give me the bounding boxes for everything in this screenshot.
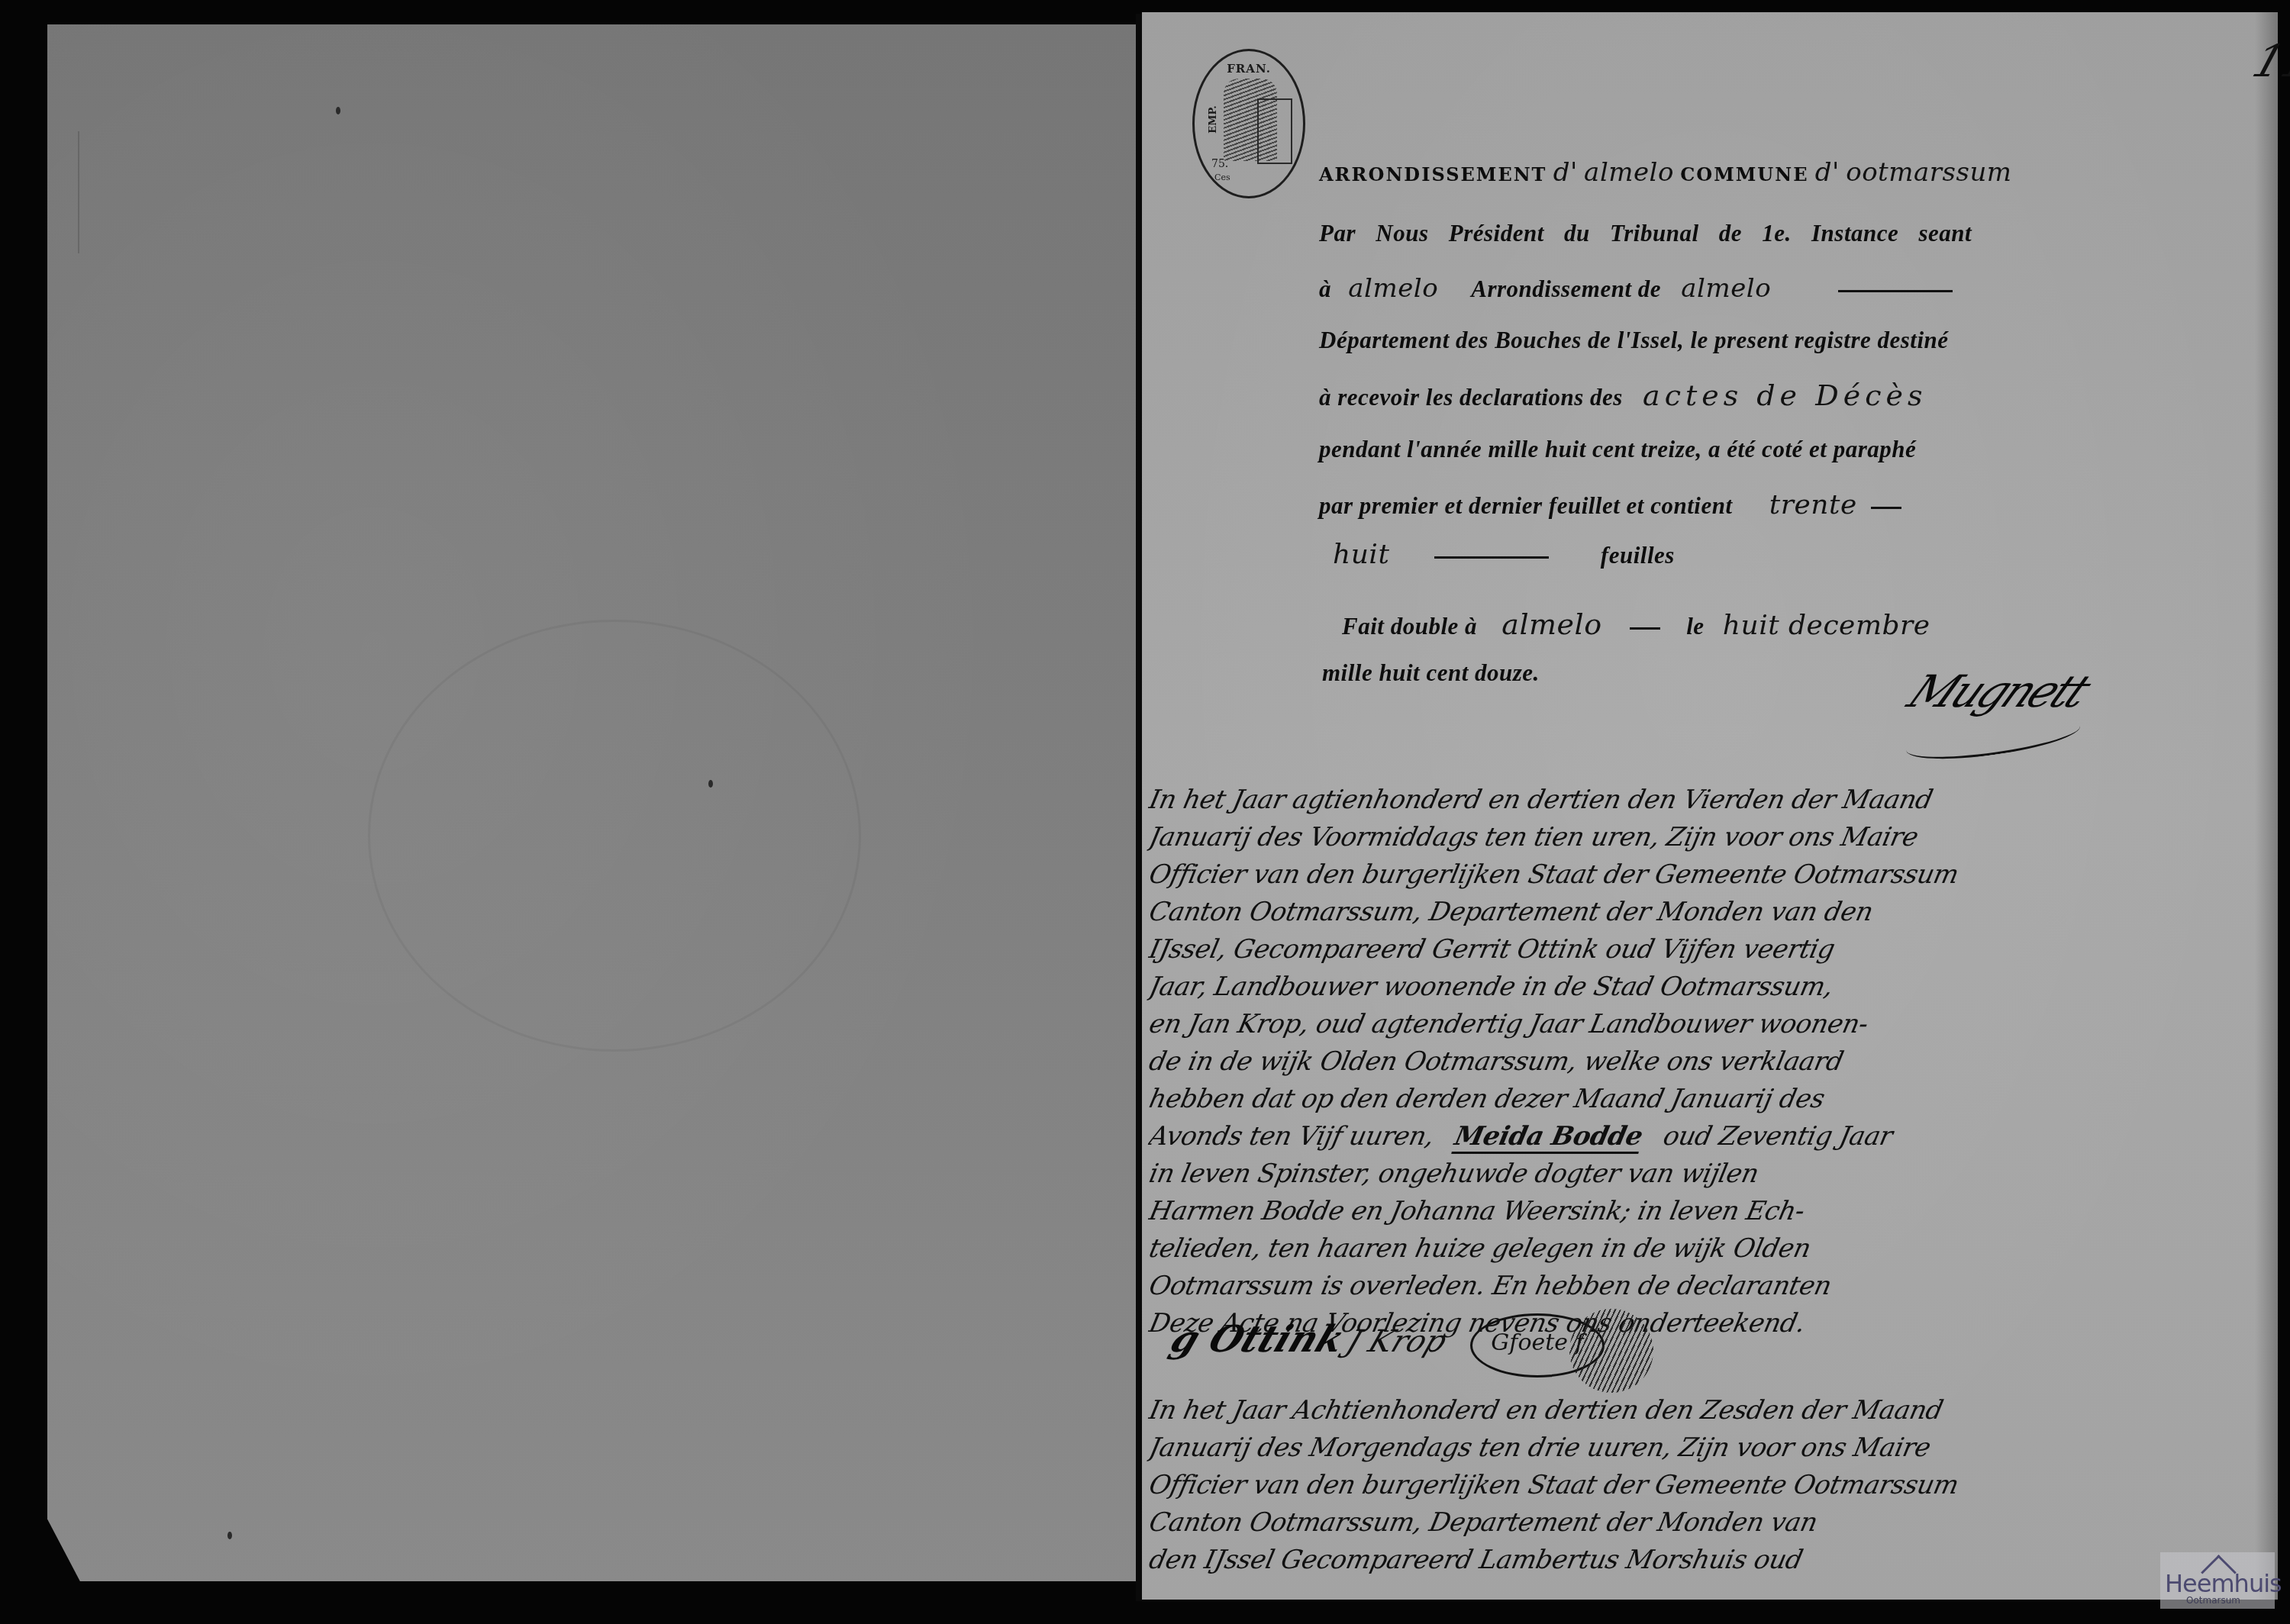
left-page-crease	[78, 131, 79, 253]
act-line: Jaar, Landbouwer woonende in de Stad Oot…	[1146, 968, 2253, 1006]
page-edge-shadow	[2255, 12, 2278, 1600]
watermark-place: Ootmarsum	[2186, 1595, 2240, 1606]
death-act-2: In het Jaar Achtienhonderd en dertien de…	[1150, 1392, 2249, 1579]
value-count-2: huit	[1333, 539, 1389, 570]
act-line: den IJssel Gecompareerd Lambertus Morshu…	[1146, 1542, 2253, 1579]
act-line: en Jan Krop, oud agtendertig Jaar Landbo…	[1146, 1006, 2253, 1043]
value-commune: ootmarssum	[1846, 157, 2011, 188]
act-line: Harmen Bodde en Johanna Weersink; in lev…	[1146, 1193, 2253, 1230]
form-line-president: Par Nous Président du Tribunal de 1e. In…	[1319, 220, 1972, 247]
act-line: hebben dat op den derden dezer Maand Jan…	[1146, 1081, 2253, 1118]
act-line: In het Jaar Achtienhonderd en dertien de…	[1146, 1392, 2253, 1429]
watermark-brand: Heemhuis	[2165, 1569, 2282, 1598]
signature-declarant-2: J Krop	[1342, 1324, 1452, 1359]
ink-speck	[336, 107, 340, 114]
left-page-bleedthrough-seal	[368, 620, 861, 1052]
fill-dash	[1871, 507, 1901, 509]
heemhuis-watermark: Heemhuis Ootmarsum	[2160, 1552, 2275, 1609]
label-arrondissement: ARRONDISSEMENT	[1319, 163, 1547, 185]
fill-dash	[1630, 627, 1660, 630]
label-le: le	[1686, 613, 1704, 640]
form-line-feuillet: par premier et dernier feuillet et conti…	[1319, 489, 1909, 520]
form-line-arrondissement: ARRONDISSEMENT d' almelo COMMUNE d' ootm…	[1319, 157, 2012, 188]
value-arrondissement: almelo	[1584, 157, 1674, 188]
signature-flourish	[1904, 710, 2082, 767]
act-line-deceased: Avonds ten Vijf uuren, Meida Bodde oud Z…	[1146, 1118, 2253, 1155]
act-1-signatures: g Ottink J Krop Gfoete f	[1172, 1313, 1859, 1382]
prep: d'	[1553, 157, 1578, 188]
fill-dash	[1434, 556, 1549, 559]
stamp-top-text: FRAN.	[1195, 62, 1303, 76]
book-gutter	[1136, 14, 1142, 1601]
form-line-annee: pendant l'année mille huit cent treize, …	[1319, 436, 1916, 463]
value-count-1: trente	[1769, 489, 1857, 520]
prep: d'	[1815, 157, 1840, 188]
act-line: IJssel, Gecompareerd Gerrit Ottink oud V…	[1146, 931, 2253, 968]
label-fait-double: Fait double à	[1342, 613, 1477, 640]
revenue-stamp-seal-icon: FRAN. EMP. 75. Ces	[1192, 49, 1305, 198]
act-line: Januarij des Morgendags ten drie uuren, …	[1146, 1429, 2253, 1467]
label-feuilles: feuilles	[1601, 542, 1675, 569]
value-seat: almelo	[1348, 273, 1438, 304]
left-page-blank	[47, 24, 1137, 1581]
death-act-1: In het Jaar agtienhonderd en dertien den…	[1150, 781, 2249, 1342]
deceased-age: oud Zeventig Jaar	[1660, 1121, 1895, 1152]
fill-dash	[1838, 290, 1953, 292]
stamp-side-text: EMP.	[1208, 105, 1219, 133]
president-signature: Mugnett	[1899, 665, 2098, 717]
act-line: in leven Spinster, ongehuwde dogter van …	[1146, 1155, 2253, 1193]
right-page-register: FRAN. EMP. 75. Ces 116 ARRONDISSEMENT d'…	[1142, 12, 2278, 1600]
deceased-name: Meida Bodde	[1451, 1121, 1645, 1154]
act-line: Canton Ootmarssum, Departement der Monde…	[1146, 1504, 2253, 1542]
form-line-recevoir: à recevoir les declarations des actes de…	[1319, 379, 1927, 412]
label-declarations: à recevoir les declarations des	[1319, 384, 1623, 411]
folio-number: 116	[2246, 35, 2290, 87]
value-place: almelo	[1501, 607, 1601, 641]
act-line: Canton Ootmarssum, Departement der Monde…	[1146, 894, 2253, 931]
act-line-text: Avonds ten Vijf uuren,	[1147, 1121, 1437, 1152]
ink-speck	[227, 1532, 232, 1539]
value-date: huit decembre	[1723, 610, 1930, 641]
value-act-type: actes de Décès	[1643, 379, 1927, 412]
act-line: Officier van den burgerlijken Staat der …	[1146, 1467, 2253, 1504]
label-contient: par premier et dernier feuillet et conti…	[1319, 492, 1733, 519]
act-line: Januarij des Voormiddags ten tien uren, …	[1146, 819, 2253, 856]
prep: à	[1319, 275, 1331, 302]
signature-paraph-scribble	[1569, 1309, 1653, 1393]
act-line: Ootmarssum is overleden. En hebben de de…	[1146, 1268, 2253, 1305]
stamp-value: 75.	[1211, 158, 1228, 170]
form-line-arrondissement-2: à almelo Arrondissement de almelo	[1319, 273, 1960, 304]
ink-speck	[708, 780, 713, 788]
act-line: Officier van den burgerlijken Staat der …	[1146, 856, 2253, 894]
value-arrondissement-2: almelo	[1681, 273, 1771, 304]
form-line-feuilles: huit feuilles	[1333, 539, 1675, 570]
stamp-unit: Ces	[1214, 172, 1230, 182]
act-line: de in de wijk Olden Ootmarssum, welke on…	[1146, 1043, 2253, 1081]
form-line-year: mille huit cent douze.	[1322, 659, 1540, 687]
act-line: telieden, ten haaren huize gelegen in de…	[1146, 1230, 2253, 1268]
form-line-fait-double: Fait double à almelo le huit decembre	[1342, 607, 1930, 641]
stamp-pedestal	[1257, 98, 1292, 164]
act-line: In het Jaar agtienhonderd en dertien den…	[1146, 781, 2253, 819]
label-arrondissement-de: Arrondissement de	[1471, 275, 1661, 302]
label-commune: COMMUNE	[1680, 163, 1808, 185]
form-line-departement: Département des Bouches de l'Issel, le p…	[1319, 327, 1949, 354]
signature-declarant-1: g Ottink	[1165, 1318, 1350, 1361]
